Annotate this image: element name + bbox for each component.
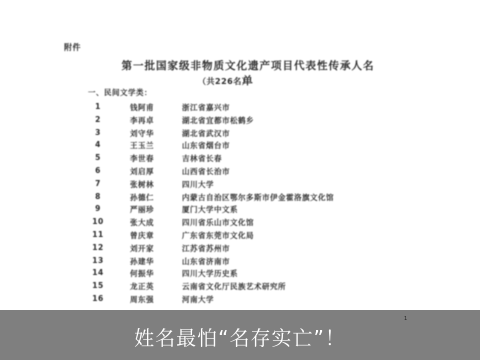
- row-name: 钱阿甫: [130, 102, 154, 113]
- row-name: 刘启厚: [130, 166, 154, 177]
- row-name: 刘开家: [130, 243, 154, 254]
- row-name: 周东强: [130, 294, 154, 305]
- row-name: 龙正英: [130, 281, 154, 292]
- section-header: 一、民间文学类：: [88, 87, 152, 98]
- row-number: 4: [90, 140, 106, 149]
- row-name: 孙德仁: [130, 192, 154, 203]
- row-org: 河南大学: [182, 294, 214, 305]
- row-number: 1: [90, 102, 106, 111]
- row-org: 吉林省长春: [182, 153, 222, 164]
- row-number: 8: [90, 192, 106, 201]
- row-number: 7: [90, 179, 106, 188]
- row-number: 13: [90, 256, 106, 265]
- row-name: 刘守华: [130, 128, 154, 139]
- row-org: 湖北省武汉市: [182, 128, 230, 139]
- row-name: 王玉兰: [130, 140, 154, 151]
- row-org: 广东省东莞市文化局: [182, 230, 254, 241]
- row-number: 12: [90, 243, 106, 252]
- row-number: 15: [90, 281, 106, 290]
- row-number: 10: [90, 217, 106, 226]
- row-org: 内蒙古自治区鄂尔多斯市伊金霍洛旗文化馆: [182, 192, 334, 203]
- row-org: 浙江省嘉兴市: [182, 102, 230, 113]
- row-name: 曾庆章: [130, 230, 154, 241]
- row-number: 14: [90, 268, 106, 277]
- document-page: 附件 第一批国家级非物质文化遗产项目代表性传承人名单 （共226名） 一、民间文…: [0, 0, 480, 310]
- row-org: 四川省乐山市文化馆: [182, 217, 254, 228]
- row-number: 3: [90, 128, 106, 137]
- row-org: 四川大学历史系: [182, 268, 238, 279]
- document-subtitle: （共226名）: [198, 76, 250, 87]
- row-name: 孙建华: [130, 256, 154, 267]
- row-number: 16: [90, 294, 106, 303]
- row-org: 厦门大学中文系: [182, 204, 238, 215]
- row-number: 2: [90, 115, 106, 124]
- row-org: 山东省济南市: [182, 256, 230, 267]
- row-name: 张大成: [130, 217, 154, 228]
- annex-label: 附件: [64, 42, 81, 53]
- row-number: 11: [90, 230, 106, 239]
- caption-text: 姓名最怕“名存实亡”！: [0, 322, 480, 351]
- row-number: 6: [90, 166, 106, 175]
- row-number: 5: [90, 153, 106, 162]
- row-name: 何振华: [130, 268, 154, 279]
- row-org: 江苏省苏州市: [182, 243, 230, 254]
- row-org: 云南省文化厅民族艺术研究所: [182, 281, 286, 292]
- row-org: 山东省烟台市: [182, 140, 230, 151]
- caption-bar: 1 姓名最怕“名存实亡”！: [0, 310, 480, 360]
- row-org: 湖北省宜都市松鹤乡: [182, 115, 254, 126]
- row-name: 李世春: [130, 153, 154, 164]
- row-org: 山西省长治市: [182, 166, 230, 177]
- row-name: 张树林: [130, 179, 154, 190]
- row-name: 严丽珍: [130, 204, 154, 215]
- row-number: 9: [90, 204, 106, 213]
- row-name: 李再卓: [130, 115, 154, 126]
- row-org: 四川大学: [182, 179, 214, 190]
